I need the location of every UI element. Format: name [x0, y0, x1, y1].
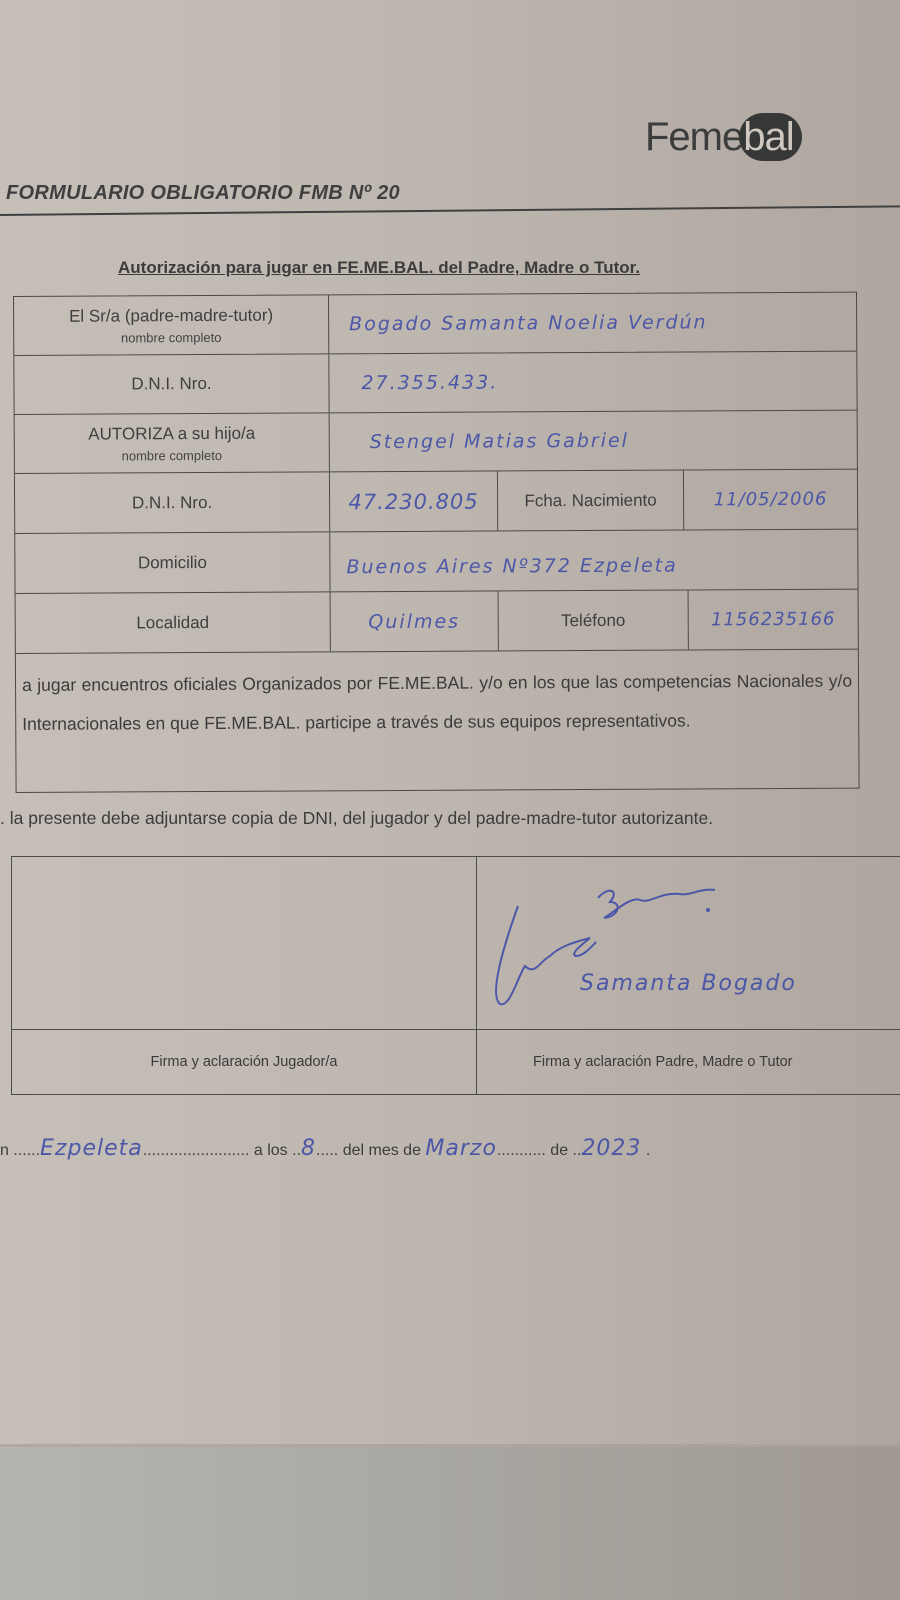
birth-label: Fcha. Nacimiento	[524, 490, 656, 511]
address-label: Domicilio	[138, 552, 207, 572]
locality-label: Localidad	[136, 612, 209, 632]
guardian-sublabel: nombre completo	[121, 329, 222, 345]
child-dni-label: D.N.I. Nro.	[132, 492, 212, 512]
child-name-field[interactable]: Stengel Matias Gabriel	[330, 411, 857, 472]
femebal-logo: Femebal	[645, 112, 802, 162]
year-label: de	[550, 1142, 568, 1159]
form-subtitle: Autorización para jugar en FE.ME.BAL. de…	[118, 258, 640, 278]
locality-row: Localidad Quilmes Teléfono 1156235166	[15, 590, 859, 654]
guardian-dni-value: 27.355.433.	[329, 371, 498, 394]
locality-value: Quilmes	[368, 610, 460, 632]
phone-field[interactable]: 1156235166	[689, 590, 858, 650]
month-label: del mes de	[343, 1142, 421, 1159]
attachment-note: . la presente debe adjuntarse copia de D…	[0, 808, 713, 829]
child-name-row: AUTORIZA a su hijo/a nombre completo Ste…	[14, 411, 858, 474]
player-signature-box[interactable]	[12, 857, 477, 1029]
background-surface	[0, 1447, 900, 1600]
child-name-value: Stengel Matias Gabriel	[330, 430, 629, 454]
guardian-caption-cell: Firma y aclaración Padre, Madre o Tutor	[477, 1030, 900, 1094]
player-caption-cell: Firma y aclaración Jugador/a	[12, 1030, 477, 1094]
place-value[interactable]: Ezpeleta	[40, 1136, 143, 1161]
locality-label-cell: Localidad	[16, 592, 331, 653]
child-label-cell: AUTORIZA a su hijo/a nombre completo	[15, 413, 330, 473]
month-value[interactable]: Marzo	[425, 1136, 497, 1161]
authorization-text: a jugar encuentros oficiales Organizados…	[16, 650, 859, 792]
year-value[interactable]: 2023	[581, 1136, 641, 1161]
guardian-label-cell: El Sr/a (padre-madre-tutor) nombre compl…	[14, 295, 329, 355]
logo-pill: bal	[739, 113, 801, 161]
authorization-table: El Sr/a (padre-madre-tutor) nombre compl…	[13, 292, 860, 793]
child-dni-field[interactable]: 47.230.805	[330, 471, 498, 531]
date-place-line: n ......Ezpeleta........................…	[0, 1136, 650, 1161]
svg-text:Samanta Bogado: Samanta Bogado	[580, 971, 797, 996]
guardian-dni-label-cell: D.N.I. Nro.	[14, 354, 329, 414]
form-title: FORMULARIO OBLIGATORIO FMB Nº 20	[6, 182, 400, 205]
phone-label-cell: Teléfono	[499, 590, 689, 650]
address-field[interactable]: Buenos Aires Nº372 Ezpeleta	[330, 530, 857, 592]
guardian-dni-field[interactable]: 27.355.433.	[329, 352, 856, 413]
guardian-name-field[interactable]: Bogado Samanta Noelia Verdún	[329, 293, 856, 354]
guardian-dni-row: D.N.I. Nro. 27.355.433.	[13, 352, 857, 415]
dateline-prefix: n	[0, 1142, 9, 1159]
child-sublabel: nombre completo	[122, 447, 223, 463]
phone-label: Teléfono	[561, 610, 625, 630]
guardian-signature-mark: Samanta Bogado	[480, 876, 860, 1016]
child-dni-row: D.N.I. Nro. 47.230.805 Fcha. Nacimiento …	[14, 470, 858, 534]
guardian-dni-label: D.N.I. Nro.	[131, 374, 211, 394]
birth-date-field[interactable]: 11/05/2006	[684, 470, 857, 530]
locality-field[interactable]: Quilmes	[331, 591, 499, 651]
authorization-text-row: a jugar encuentros oficiales Organizados…	[15, 650, 860, 793]
child-dni-label-cell: D.N.I. Nro.	[15, 472, 330, 533]
player-signature-caption: Firma y aclaración Jugador/a	[151, 1054, 338, 1070]
address-row: Domicilio Buenos Aires Nº372 Ezpeleta	[14, 530, 858, 594]
guardian-label: El Sr/a (padre-madre-tutor)	[69, 305, 273, 326]
guardian-signature-caption: Firma y aclaración Padre, Madre o Tutor	[533, 1054, 793, 1070]
birth-date-value: 11/05/2006	[714, 489, 828, 511]
address-value: Buenos Aires Nº372 Ezpeleta	[330, 544, 678, 578]
logo-text: Feme	[645, 115, 743, 160]
day-value[interactable]: 8	[301, 1136, 316, 1161]
guardian-name-value: Bogado Samanta Noelia Verdún	[329, 311, 708, 335]
dateline-suffix: .	[646, 1142, 650, 1159]
child-label: AUTORIZA a su hijo/a	[88, 423, 255, 444]
signature-captions-row: Firma y aclaración Jugador/a Firma y acl…	[11, 1030, 900, 1095]
phone-value: 1156235166	[711, 609, 836, 631]
child-dni-value: 47.230.805	[348, 489, 478, 514]
days-label: a los	[254, 1142, 288, 1159]
guardian-name-row: El Sr/a (padre-madre-tutor) nombre compl…	[13, 292, 857, 356]
address-label-cell: Domicilio	[15, 532, 330, 593]
birth-label-cell: Fcha. Nacimiento	[498, 470, 684, 530]
